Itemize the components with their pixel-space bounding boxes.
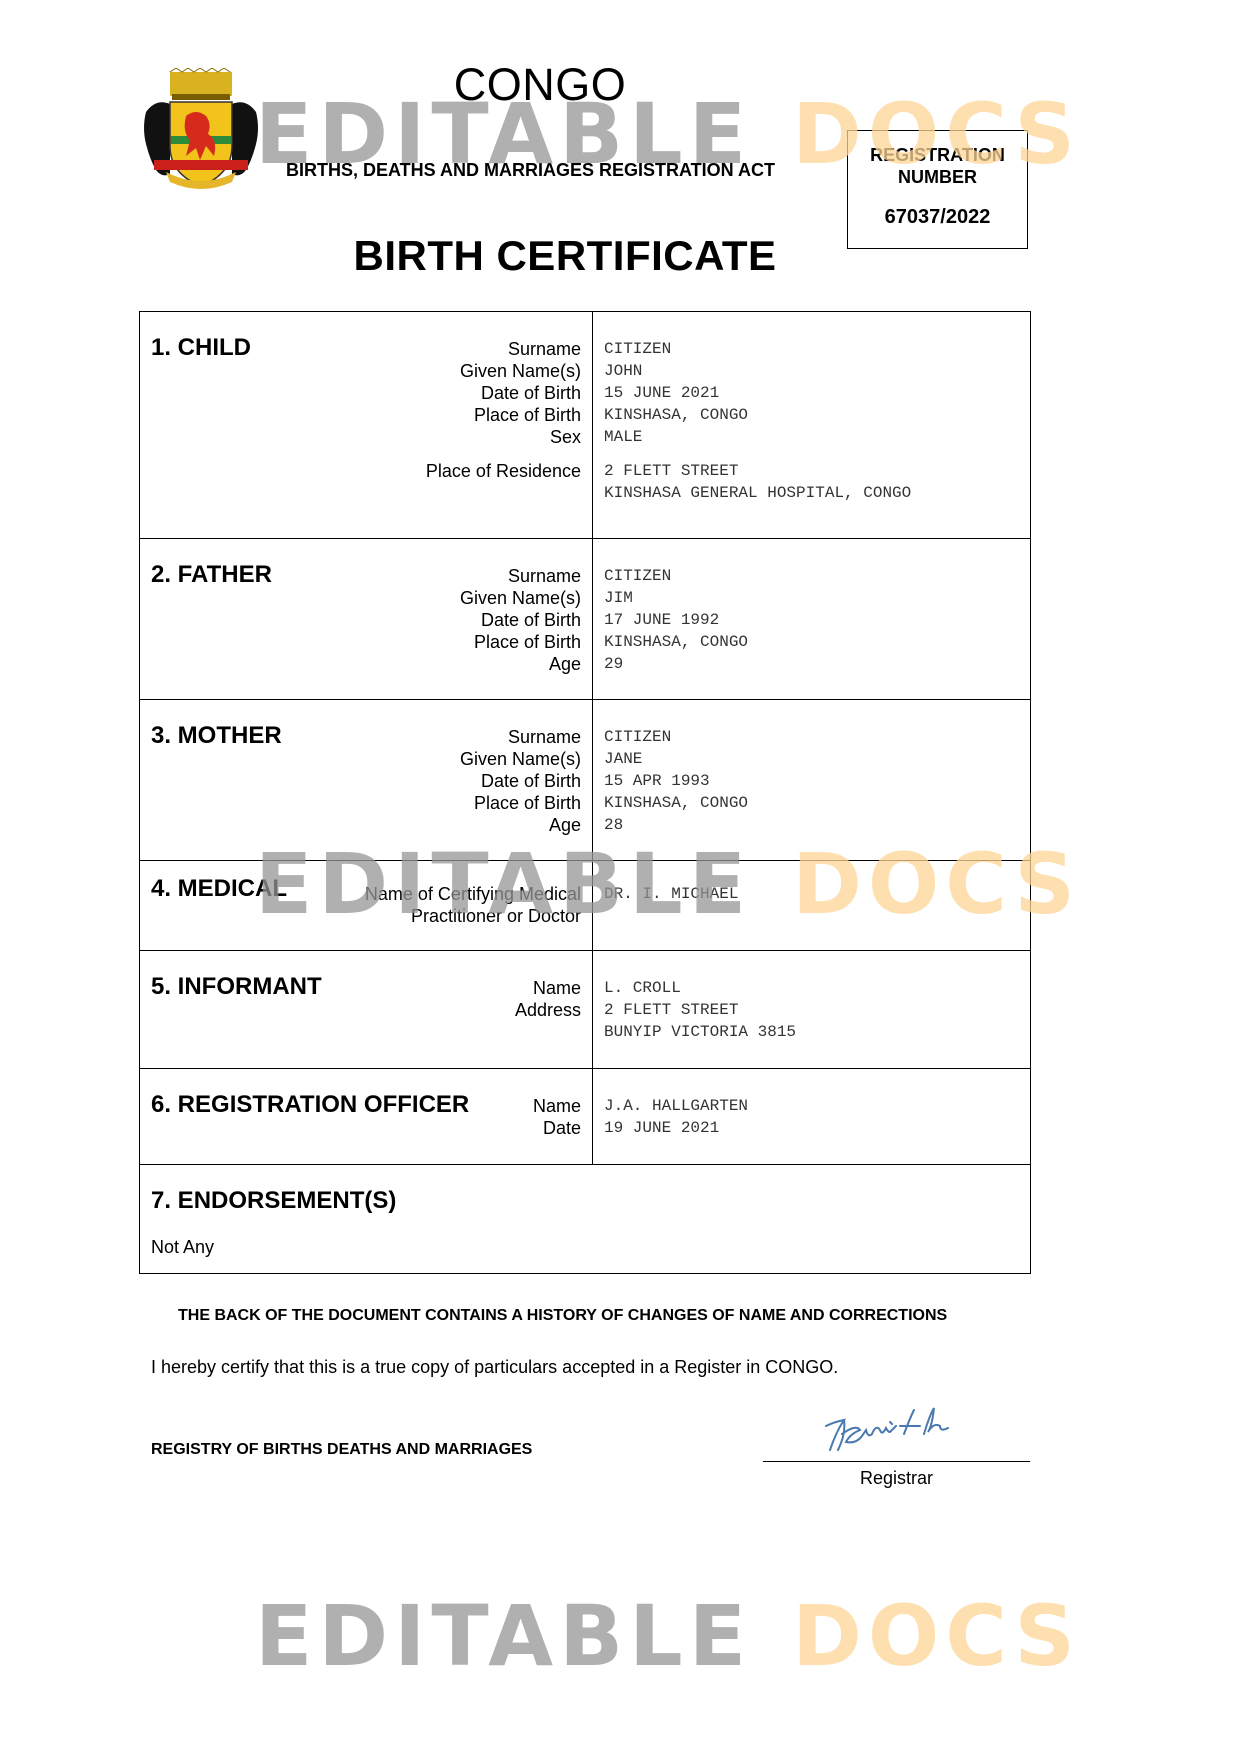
section-title: 3. MOTHER bbox=[151, 722, 282, 750]
label-surname: Surname bbox=[426, 338, 581, 360]
value-age: 29 bbox=[604, 653, 1030, 675]
document-title: BIRTH CERTIFICATE bbox=[300, 232, 830, 280]
value-surname: CITIZEN bbox=[604, 565, 1030, 587]
value-given-names: JOHN bbox=[604, 360, 1030, 382]
value-given-names: JANE bbox=[604, 748, 1030, 770]
section-title: 1. CHILD bbox=[151, 334, 251, 362]
value-name: J.A. HALLGARTEN bbox=[604, 1095, 1030, 1117]
field-values: CITIZEN JOHN 15 JUNE 2021 KINSHASA, CONG… bbox=[593, 312, 1030, 538]
field-values: CITIZEN JANE 15 APR 1993 KINSHASA, CONGO… bbox=[593, 700, 1030, 860]
section-medical: 4. MEDICAL Name of Certifying Medical Pr… bbox=[140, 861, 1030, 951]
watermark-word-gray: EDITABLE bbox=[255, 1587, 752, 1685]
value-address-line1: 2 FLETT STREET bbox=[604, 999, 1030, 1021]
signature-line bbox=[763, 1461, 1030, 1462]
section-child-labels-cell: 1. CHILD Surname Given Name(s) Date of B… bbox=[140, 312, 593, 538]
section-informant: 5. INFORMANT Name Address L. CROLL 2 FLE… bbox=[140, 951, 1030, 1069]
field-values: DR. I. MICHAEL bbox=[593, 861, 1030, 950]
value-address-line2: BUNYIP VICTORIA 3815 bbox=[604, 1021, 1030, 1043]
back-of-document-note: THE BACK OF THE DOCUMENT CONTAINS A HIST… bbox=[178, 1307, 947, 1325]
value-date-of-birth: 15 JUNE 2021 bbox=[604, 382, 1030, 404]
value-date: 19 JUNE 2021 bbox=[604, 1117, 1030, 1139]
coat-of-arms-icon bbox=[142, 68, 260, 192]
section-title: 6. REGISTRATION OFFICER bbox=[151, 1091, 469, 1119]
value-name: L. CROLL bbox=[604, 977, 1030, 999]
field-labels: Name of Certifying Medical Practitioner … bbox=[365, 883, 581, 927]
value-age: 28 bbox=[604, 814, 1030, 836]
label-given-names: Given Name(s) bbox=[426, 360, 581, 382]
certificate-table: 1. CHILD Surname Given Name(s) Date of B… bbox=[139, 311, 1031, 1274]
value-surname: CITIZEN bbox=[604, 726, 1030, 748]
label-given-names: Given Name(s) bbox=[460, 587, 581, 609]
country-name: CONGO bbox=[420, 62, 660, 107]
value-given-names: JIM bbox=[604, 587, 1030, 609]
registration-number-label: REGISTRATION NUMBER bbox=[848, 144, 1027, 188]
value-surname: CITIZEN bbox=[604, 338, 1030, 360]
field-values: J.A. HALLGARTEN 19 JUNE 2021 bbox=[593, 1069, 1030, 1164]
registry-name: REGISTRY OF BIRTHS DEATHS AND MARRIAGES bbox=[151, 1441, 532, 1459]
endorsements-cell: 7. ENDORSEMENT(S) Not Any bbox=[140, 1165, 1030, 1273]
label-practitioner-or-doctor: Practitioner or Doctor bbox=[365, 905, 581, 927]
field-labels: Surname Given Name(s) Date of Birth Plac… bbox=[426, 338, 581, 482]
label-age: Age bbox=[460, 653, 581, 675]
label-sex: Sex bbox=[426, 426, 581, 448]
section-title: 4. MEDICAL bbox=[151, 875, 287, 903]
section-father-labels-cell: 2. FATHER Surname Given Name(s) Date of … bbox=[140, 539, 593, 699]
registration-number: 67037/2022 bbox=[848, 206, 1027, 229]
certification-statement: I hereby certify that this is a true cop… bbox=[151, 1357, 838, 1378]
section-medical-labels-cell: 4. MEDICAL Name of Certifying Medical Pr… bbox=[140, 861, 593, 950]
registration-label-line1: REGISTRATION bbox=[848, 144, 1027, 166]
field-labels: Name Address bbox=[515, 977, 581, 1021]
section-mother-labels-cell: 3. MOTHER Surname Given Name(s) Date of … bbox=[140, 700, 593, 860]
registration-label-line2: NUMBER bbox=[848, 166, 1027, 188]
label-place-of-birth: Place of Birth bbox=[426, 404, 581, 426]
label-surname: Surname bbox=[460, 726, 581, 748]
label-name: Name bbox=[515, 977, 581, 999]
watermark: EDITABLEDOCS bbox=[255, 1594, 1081, 1678]
registration-number-box: REGISTRATION NUMBER 67037/2022 bbox=[847, 130, 1028, 249]
section-title: 7. ENDORSEMENT(S) bbox=[151, 1187, 1019, 1215]
label-date: Date bbox=[533, 1117, 581, 1139]
section-father: 2. FATHER Surname Given Name(s) Date of … bbox=[140, 539, 1030, 700]
value-sex: MALE bbox=[604, 426, 1030, 448]
label-surname: Surname bbox=[460, 565, 581, 587]
label-name: Name bbox=[533, 1095, 581, 1117]
value-residence-line1: 2 FLETT STREET bbox=[604, 460, 1030, 482]
label-place-of-residence: Place of Residence bbox=[426, 460, 581, 482]
section-endorsements: 7. ENDORSEMENT(S) Not Any bbox=[140, 1165, 1030, 1273]
value-place-of-birth: KINSHASA, CONGO bbox=[604, 404, 1030, 426]
registrar-signature bbox=[820, 1404, 980, 1460]
field-labels: Surname Given Name(s) Date of Birth Plac… bbox=[460, 565, 581, 675]
field-labels: Surname Given Name(s) Date of Birth Plac… bbox=[460, 726, 581, 836]
label-address: Address bbox=[515, 999, 581, 1021]
section-informant-labels-cell: 5. INFORMANT Name Address bbox=[140, 951, 593, 1068]
section-registration-officer: 6. REGISTRATION OFFICER Name Date J.A. H… bbox=[140, 1069, 1030, 1165]
label-given-names: Given Name(s) bbox=[460, 748, 581, 770]
label-date-of-birth: Date of Birth bbox=[426, 382, 581, 404]
value-doctor: DR. I. MICHAEL bbox=[604, 883, 1030, 905]
section-mother: 3. MOTHER Surname Given Name(s) Date of … bbox=[140, 700, 1030, 861]
registration-act: BIRTHS, DEATHS AND MARRIAGES REGISTRATIO… bbox=[286, 160, 775, 181]
label-date-of-birth: Date of Birth bbox=[460, 770, 581, 792]
label-age: Age bbox=[460, 814, 581, 836]
value-date-of-birth: 15 APR 1993 bbox=[604, 770, 1030, 792]
label-certifying-practitioner: Name of Certifying Medical bbox=[365, 883, 581, 905]
label-place-of-birth: Place of Birth bbox=[460, 792, 581, 814]
field-values: CITIZEN JIM 17 JUNE 1992 KINSHASA, CONGO… bbox=[593, 539, 1030, 699]
value-date-of-birth: 17 JUNE 1992 bbox=[604, 609, 1030, 631]
section-child: 1. CHILD Surname Given Name(s) Date of B… bbox=[140, 312, 1030, 539]
field-values: L. CROLL 2 FLETT STREET BUNYIP VICTORIA … bbox=[593, 951, 1030, 1068]
registrar-label: Registrar bbox=[763, 1468, 1030, 1489]
value-place-of-birth: KINSHASA, CONGO bbox=[604, 792, 1030, 814]
label-place-of-birth: Place of Birth bbox=[460, 631, 581, 653]
section-title: 2. FATHER bbox=[151, 561, 272, 589]
watermark-word-orange: DOCS bbox=[792, 1587, 1081, 1685]
label-date-of-birth: Date of Birth bbox=[460, 609, 581, 631]
value-place-of-birth: KINSHASA, CONGO bbox=[604, 631, 1030, 653]
section-officer-labels-cell: 6. REGISTRATION OFFICER Name Date bbox=[140, 1069, 593, 1164]
value-residence-line2: KINSHASA GENERAL HOSPITAL, CONGO bbox=[604, 482, 1030, 504]
field-labels: Name Date bbox=[533, 1095, 581, 1139]
section-title: 5. INFORMANT bbox=[151, 973, 322, 1001]
endorsements-value: Not Any bbox=[151, 1237, 1019, 1258]
